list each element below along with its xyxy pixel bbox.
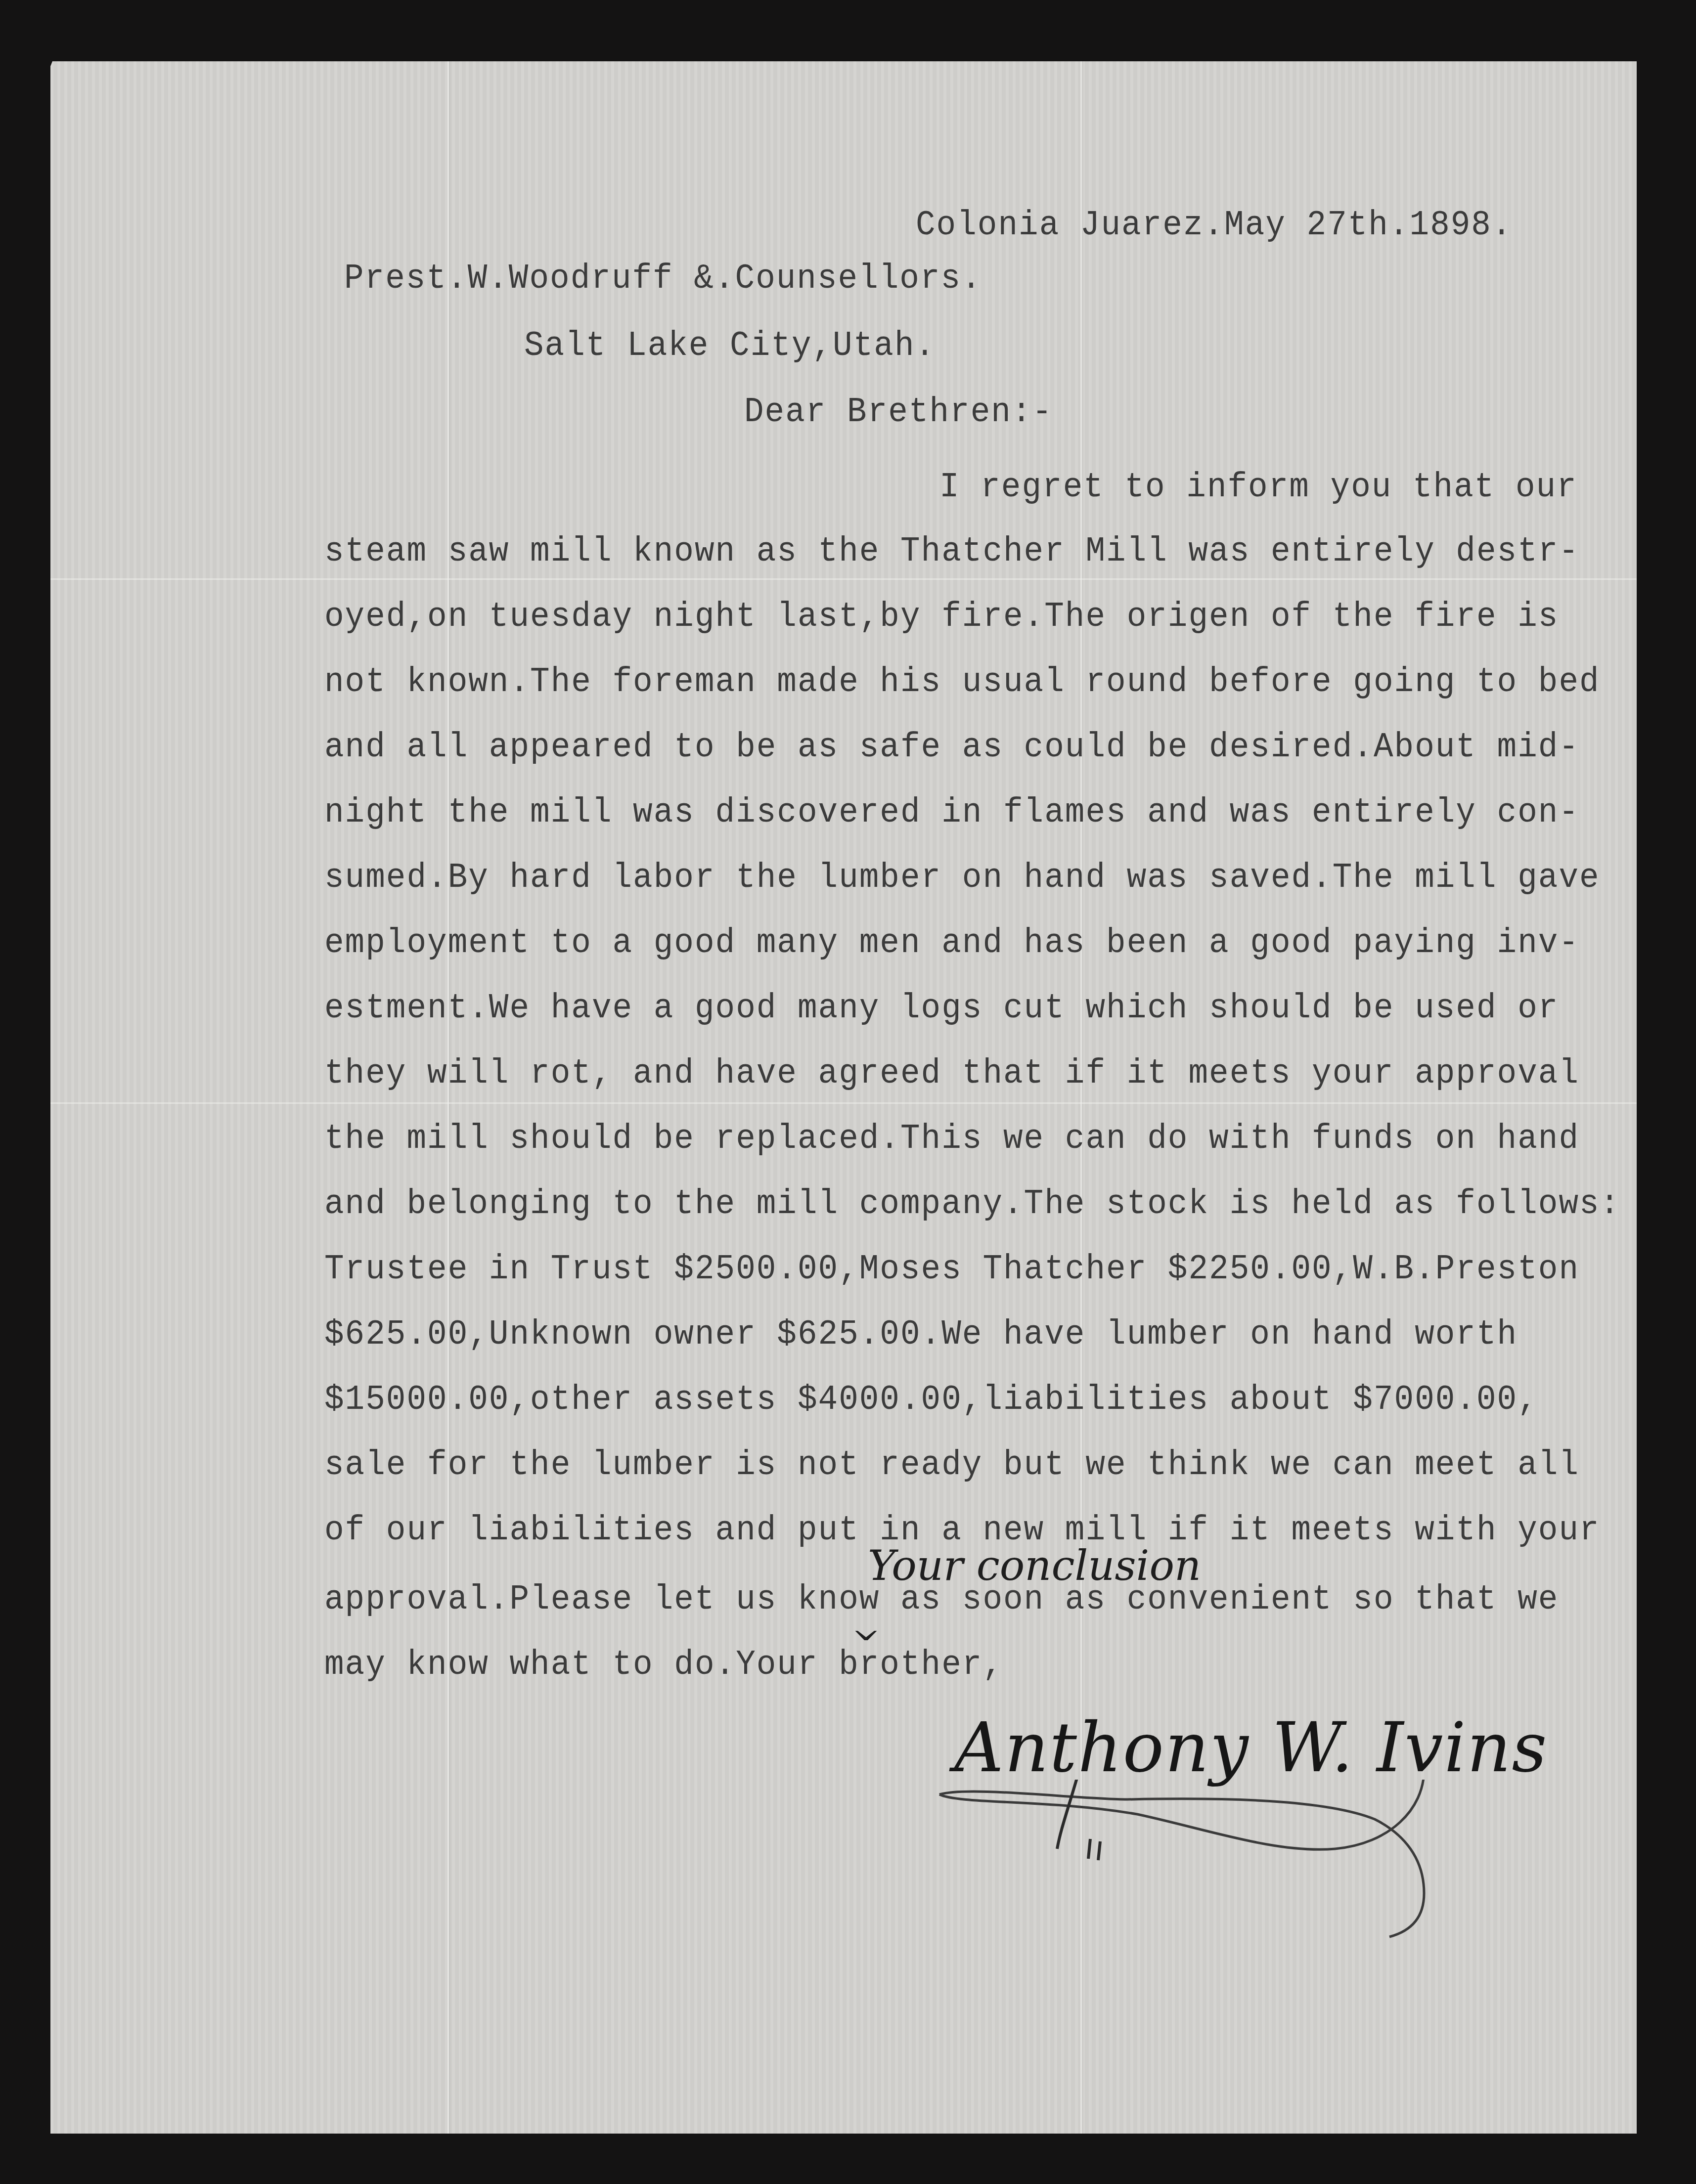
signature: Anthony W. Ivins bbox=[954, 1708, 1548, 1788]
salutation: Dear Brethren:- bbox=[744, 394, 1053, 430]
body-line: Trustee in Trust $2500.00,Moses Thatcher… bbox=[324, 1252, 1579, 1287]
body-line: $625.00,Unknown owner $625.00.We have lu… bbox=[324, 1317, 1517, 1352]
body-line: not known.The foreman made his usual rou… bbox=[324, 664, 1600, 699]
body-line: night the mill was discovered in flames … bbox=[324, 795, 1579, 830]
signature-flourish bbox=[930, 1780, 1473, 1948]
body-line: oyed,on tuesday night last,by fire.The o… bbox=[324, 599, 1559, 634]
body-line: and belonging to the mill company.The st… bbox=[324, 1186, 1620, 1222]
body-line: steam saw mill known as the Thatcher Mil… bbox=[324, 534, 1579, 569]
fold-crease-horizontal bbox=[50, 1102, 1637, 1104]
body-line: they will rot, and have agreed that if i… bbox=[324, 1056, 1579, 1091]
handwritten-insertion: Your conclusion bbox=[868, 1541, 1201, 1590]
fold-crease-horizontal bbox=[50, 578, 1637, 580]
body-line: I regret to inform you that our bbox=[939, 470, 1577, 505]
body-line: the mill should be replaced.This we can … bbox=[324, 1121, 1579, 1156]
address: Salt Lake City,Utah. bbox=[524, 328, 936, 363]
body-line: may know what to do.Your brother, bbox=[324, 1647, 1003, 1682]
fold-crease-vertical bbox=[447, 61, 449, 2134]
body-line: $15000.00,other assets $4000.00,liabilit… bbox=[324, 1382, 1538, 1417]
body-line: sumed.By hard labor the lumber on hand w… bbox=[324, 860, 1600, 895]
addressee: Prest.W.Woodruff &.Counsellors. bbox=[344, 261, 982, 296]
insertion-caret: ^ bbox=[851, 1607, 881, 1647]
body-line: sale for the lumber is not ready but we … bbox=[324, 1447, 1579, 1483]
body-line: and all appeared to be as safe as could … bbox=[324, 730, 1579, 765]
body-line: estment.We have a good many logs cut whi… bbox=[324, 991, 1559, 1026]
dateline: Colonia Juarez.May 27th.1898. bbox=[916, 208, 1513, 243]
body-line: employment to a good many men and has be… bbox=[324, 925, 1579, 961]
